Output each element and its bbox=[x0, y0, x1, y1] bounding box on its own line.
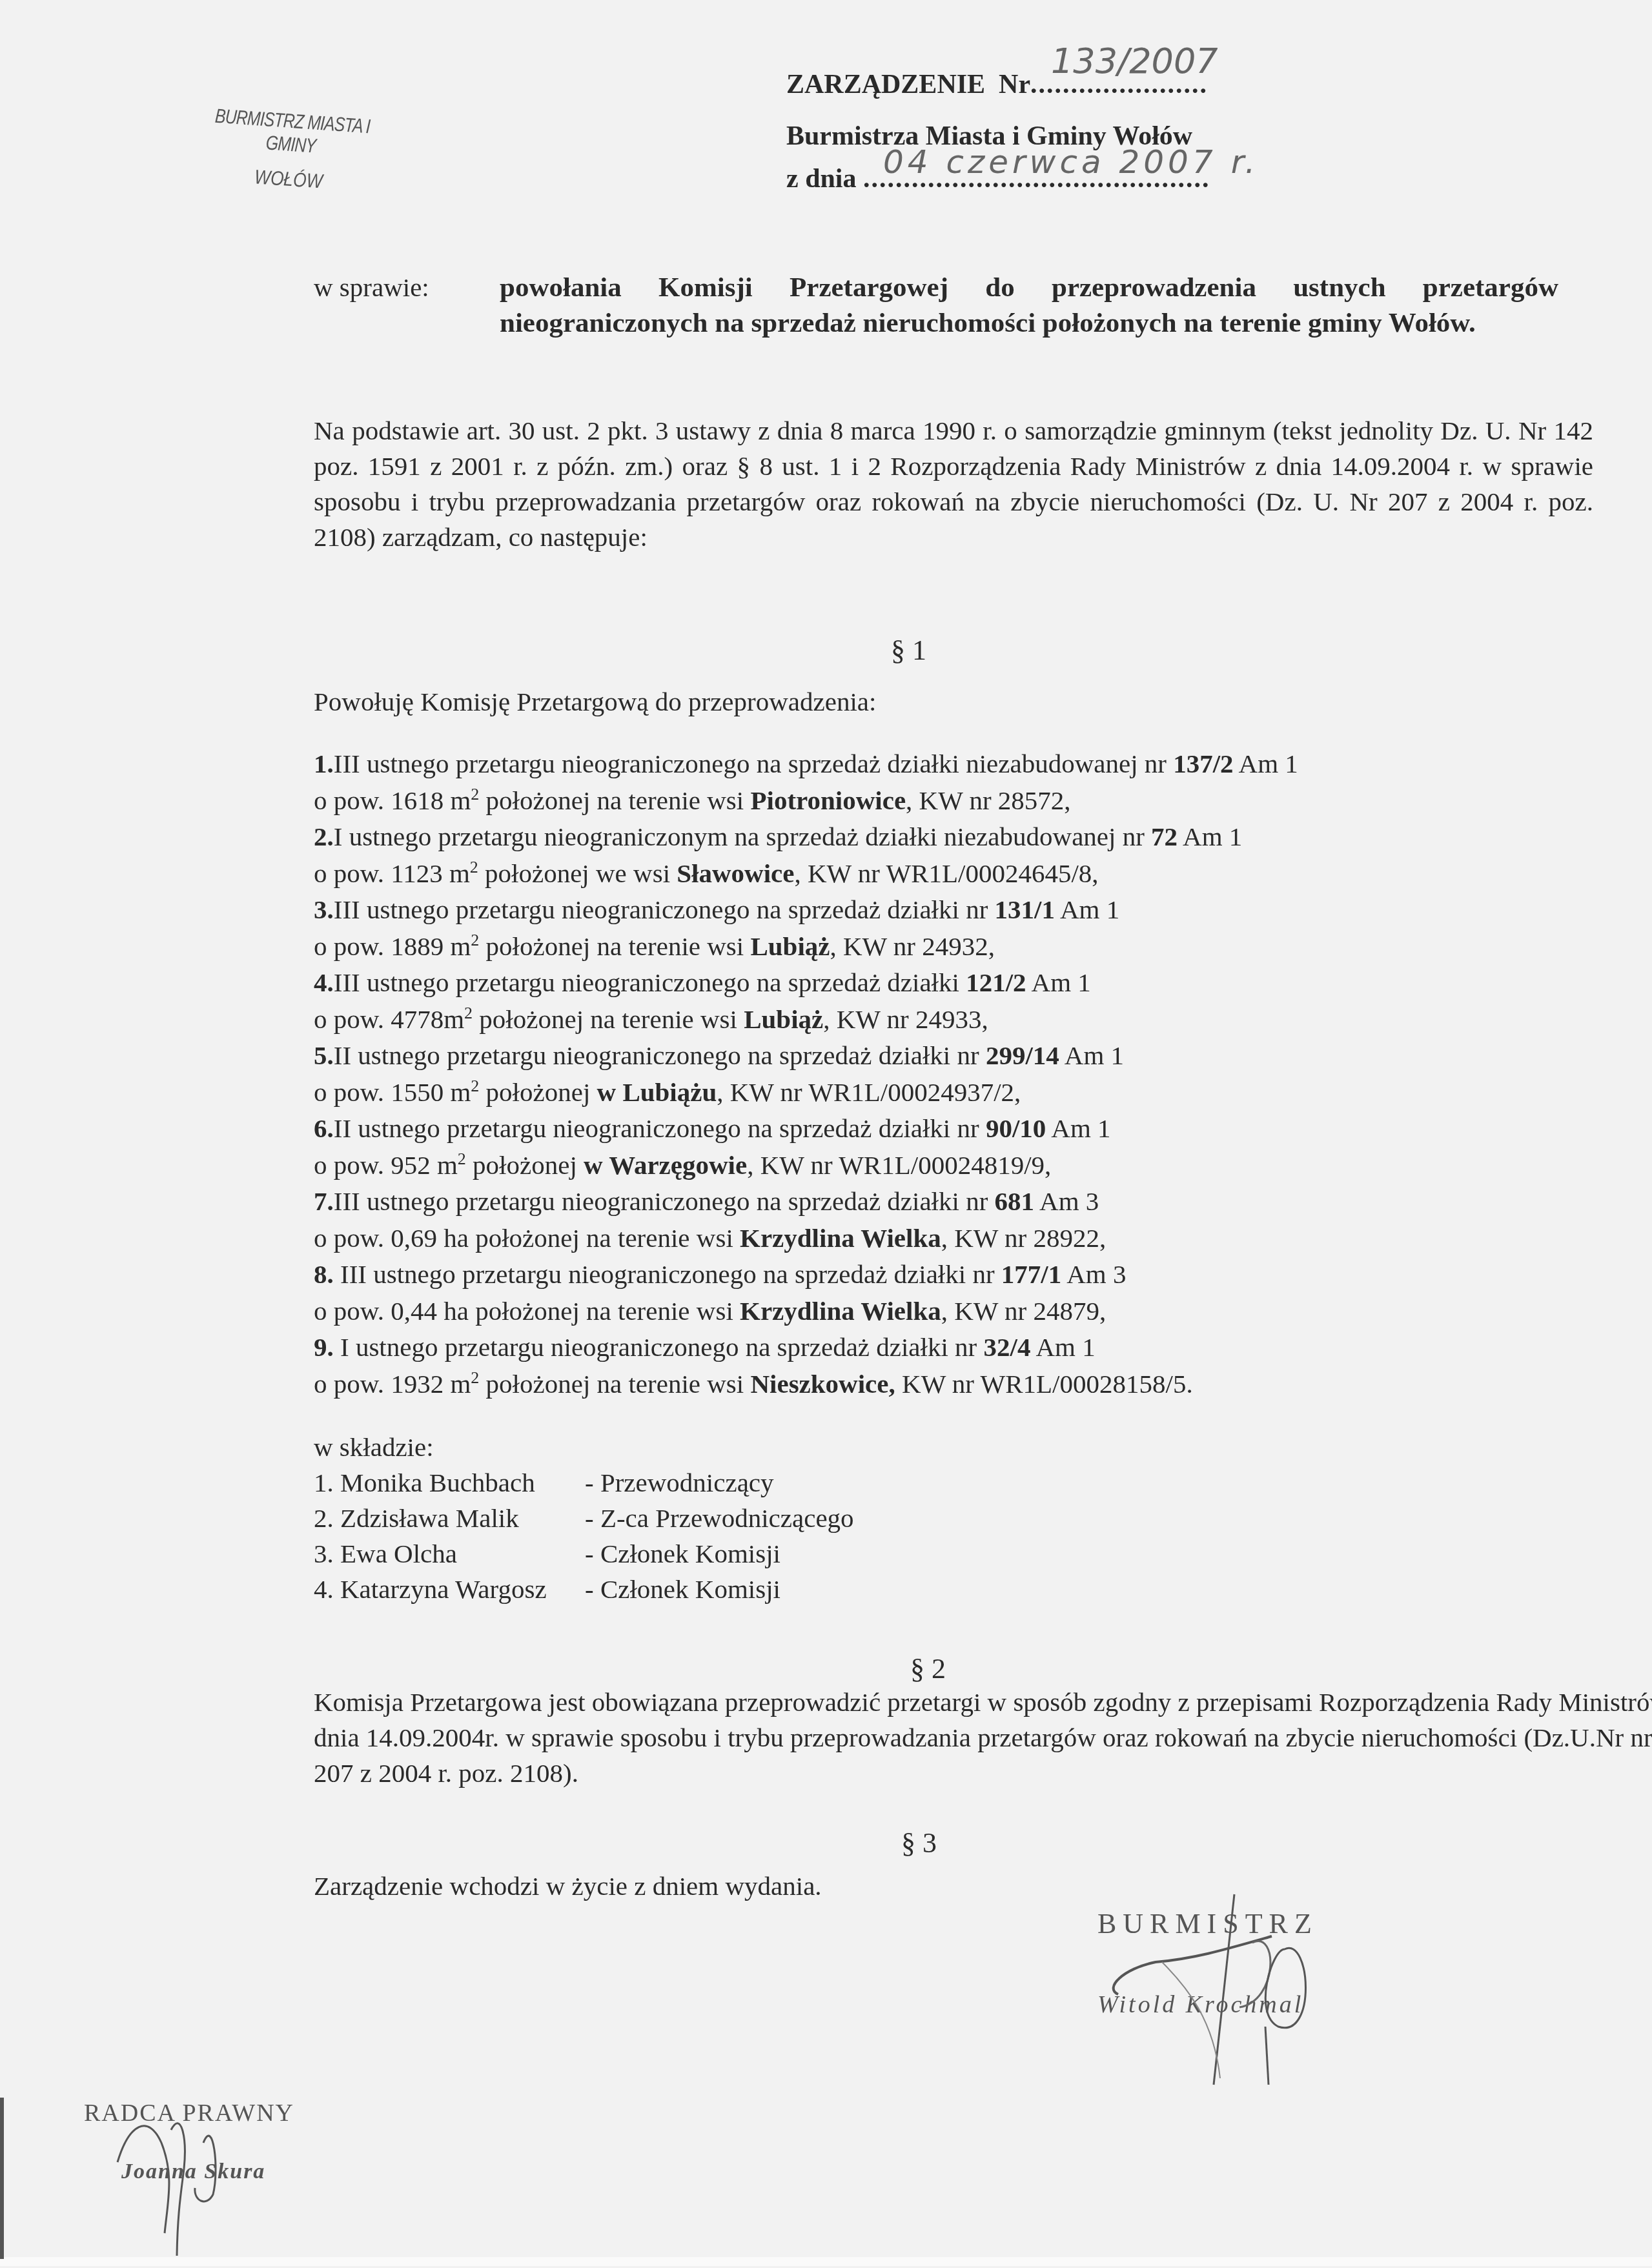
plot-area: o pow. 0,69 ha bbox=[314, 1223, 469, 1253]
section-2-heading: § 2 bbox=[910, 1652, 946, 1685]
land-register-number: , KW nr WR1L/00024819/9, bbox=[747, 1150, 1051, 1180]
village-name: Lubiąż bbox=[744, 1004, 823, 1034]
auction-item-details: o pow. 1123 m2 położonej we wsi Sławowic… bbox=[314, 855, 1298, 892]
auction-item-details: o pow. 952 m2 położonej w Warzęgowie, KW… bbox=[314, 1147, 1298, 1184]
area-unit-exponent: 2 bbox=[464, 1004, 473, 1022]
location-text: położonej na terenie wsi bbox=[479, 1004, 737, 1034]
area-unit-exponent: 2 bbox=[458, 1149, 466, 1168]
auction-item: 1.III ustnego przetargu nieograniczonego… bbox=[314, 745, 1298, 782]
auction-description: ustnego przetargu nieograniczonego na sp… bbox=[367, 895, 988, 924]
section-1-intro: Powołuję Komisję Przetargową do przeprow… bbox=[314, 684, 876, 720]
location-text: położonej na terenie wsi bbox=[475, 1296, 733, 1326]
office-stamp: BURMISTRZ MIASTA I GMINY WOŁÓW bbox=[165, 101, 416, 199]
auction-round: III bbox=[334, 749, 360, 778]
auction-round: III bbox=[334, 1186, 360, 1216]
member-name: 2. Zdzisława Malik bbox=[314, 1501, 585, 1536]
item-number: 1. bbox=[314, 749, 334, 778]
map-sheet: Am 3 bbox=[1066, 1259, 1126, 1289]
section-3-heading: § 3 bbox=[901, 1827, 937, 1859]
location-text: położonej bbox=[473, 1150, 577, 1180]
area-unit-exponent: 2 bbox=[470, 858, 478, 876]
auction-round: III bbox=[334, 1259, 367, 1289]
map-sheet: Am 1 bbox=[1032, 967, 1091, 997]
location-text: położonej na terenie wsi bbox=[475, 1223, 733, 1253]
land-register-number: KW nr WR1L/00028158/5. bbox=[895, 1369, 1193, 1399]
auction-item: 8. III ustnego przetargu nieograniczoneg… bbox=[314, 1256, 1298, 1293]
plot-number: 137/2 bbox=[1173, 749, 1233, 778]
plot-number: 90/10 bbox=[986, 1113, 1046, 1143]
item-number: 2. bbox=[314, 822, 334, 851]
item-number: 5. bbox=[314, 1040, 334, 1070]
map-sheet: Am 1 bbox=[1060, 895, 1119, 924]
member-role: - Przewodniczący bbox=[585, 1465, 774, 1501]
member-role: - Członek Komisji bbox=[585, 1536, 780, 1572]
auction-description: ustnego przetargu nieograniczonego na sp… bbox=[367, 749, 1167, 778]
plot-area: o pow. 1618 m bbox=[314, 785, 471, 815]
plot-number: 121/2 bbox=[966, 967, 1026, 997]
legal-basis: Na podstawie art. 30 ust. 2 pkt. 3 ustaw… bbox=[314, 413, 1593, 555]
land-register-number: , KW nr 24879, bbox=[941, 1296, 1106, 1326]
member-role: - Członek Komisji bbox=[585, 1572, 780, 1607]
auction-description: ustnego przetargu nieograniczonego na sp… bbox=[356, 1332, 977, 1362]
village-name: Lubiąż bbox=[750, 931, 830, 961]
map-sheet: Am 1 bbox=[1035, 1332, 1095, 1362]
plot-area: o pow. 1889 m bbox=[314, 931, 471, 961]
committee-member: 2. Zdzisława Malik- Z-ca Przewodnicząceg… bbox=[314, 1501, 854, 1536]
village-name: Nieszkowice, bbox=[750, 1369, 895, 1399]
auction-item-details: o pow. 1550 m2 położonej w Lubiążu, KW n… bbox=[314, 1074, 1298, 1111]
location-text: położonej bbox=[486, 1077, 591, 1107]
section-2-text: Komisja Przetargowa jest obowiązana prze… bbox=[314, 1685, 1652, 1791]
auction-description: ustnego przetargu nieograniczonego na sp… bbox=[367, 967, 959, 997]
plot-number: 177/1 bbox=[1001, 1259, 1061, 1289]
item-number: 4. bbox=[314, 967, 334, 997]
plot-number: 131/1 bbox=[995, 895, 1055, 924]
item-number: 8. bbox=[314, 1259, 334, 1289]
plot-area: o pow. 1932 m bbox=[314, 1369, 471, 1399]
land-register-number: , KW nr WR1L/00024645/8, bbox=[794, 858, 1098, 888]
auction-round: II bbox=[334, 1040, 351, 1070]
item-number: 6. bbox=[314, 1113, 334, 1143]
mayor-signature bbox=[1085, 1872, 1343, 2091]
member-name: 4. Katarzyna Wargosz bbox=[314, 1572, 585, 1607]
plot-area: o pow. 1550 m bbox=[314, 1077, 471, 1107]
location-text: położonej na terenie wsi bbox=[486, 931, 744, 961]
auction-list: 1.III ustnego przetargu nieograniczonego… bbox=[314, 745, 1298, 1402]
area-unit-exponent: 2 bbox=[471, 1077, 479, 1095]
ordinance-number-row: ZARZĄDZENIE Nr...................... 133… bbox=[786, 71, 1210, 110]
plot-area: o pow. 4778m bbox=[314, 1004, 464, 1034]
committee-members: 1. Monika Buchbach- Przewodniczący2. Zdz… bbox=[314, 1465, 854, 1607]
auction-description: ustnego przetargu nieograniczonego na sp… bbox=[358, 1113, 979, 1143]
land-register-number: , KW nr 28572, bbox=[906, 785, 1070, 815]
auction-round: I bbox=[334, 1332, 349, 1362]
auction-description: ustnego przetargu nieograniczonego na sp… bbox=[367, 1186, 988, 1216]
committee-member: 3. Ewa Olcha- Członek Komisji bbox=[314, 1536, 854, 1572]
auction-description: ustnego przetargu nieograniczonym na spr… bbox=[349, 822, 1145, 851]
land-register-number: , KW nr 24933, bbox=[823, 1004, 988, 1034]
location-text: położonej na terenie wsi bbox=[486, 785, 744, 815]
location-text: położonej we wsi bbox=[485, 858, 670, 888]
land-register-number: , KW nr 28922, bbox=[941, 1223, 1106, 1253]
map-sheet: Am 1 bbox=[1239, 749, 1298, 778]
plot-area: o pow. 952 m bbox=[314, 1150, 458, 1180]
village-name: Krzydlina Wielka bbox=[740, 1223, 941, 1253]
ordinance-title: ZARZĄDZENIE Nr bbox=[786, 70, 1030, 99]
auction-item: 7.III ustnego przetargu nieograniczonego… bbox=[314, 1183, 1298, 1220]
map-sheet: Am 1 bbox=[1183, 822, 1242, 851]
scan-edge bbox=[0, 2098, 4, 2259]
auction-item: 9. I ustnego przetargu nieograniczonego … bbox=[314, 1329, 1298, 1366]
auction-item-details: o pow. 4778m2 położonej na terenie wsi L… bbox=[314, 1001, 1298, 1038]
plot-number: 681 bbox=[995, 1186, 1035, 1216]
area-unit-exponent: 2 bbox=[471, 785, 479, 804]
auction-description: ustnego przetargu nieograniczonego na sp… bbox=[373, 1259, 994, 1289]
item-number: 9. bbox=[314, 1332, 334, 1362]
auction-round: III bbox=[334, 895, 360, 924]
land-register-number: , KW nr 24932, bbox=[830, 931, 995, 961]
map-sheet: Am 3 bbox=[1039, 1186, 1099, 1216]
auction-item-details: o pow. 1932 m2 położonej na terenie wsi … bbox=[314, 1366, 1298, 1402]
plot-area: o pow. 0,44 ha bbox=[314, 1296, 469, 1326]
subject-text: powołania Komisji Przetargowej do przepr… bbox=[500, 270, 1558, 341]
member-name: 3. Ewa Olcha bbox=[314, 1536, 585, 1572]
plot-number: 299/14 bbox=[986, 1040, 1059, 1070]
plot-number: 72 bbox=[1151, 822, 1178, 851]
village-name: Piotroniowice bbox=[750, 785, 906, 815]
auction-item: 5.II ustnego przetargu nieograniczonego … bbox=[314, 1037, 1298, 1074]
section-1-heading: § 1 bbox=[891, 634, 926, 667]
committee-member: 4. Katarzyna Wargosz- Członek Komisji bbox=[314, 1572, 854, 1607]
auction-item-details: o pow. 0,44 ha położonej na terenie wsi … bbox=[314, 1293, 1298, 1330]
section-3-text: Zarządzenie wchodzi w życie z dniem wyda… bbox=[314, 1868, 822, 1904]
auction-item-details: o pow. 1618 m2 położonej na terenie wsi … bbox=[314, 782, 1298, 819]
member-name: 1. Monika Buchbach bbox=[314, 1465, 585, 1501]
auction-round: III bbox=[334, 967, 360, 997]
village-name: w Warzęgowie bbox=[584, 1150, 747, 1180]
location-text: położonej na terenie wsi bbox=[486, 1369, 744, 1399]
document-header: ZARZĄDZENIE Nr...................... 133… bbox=[786, 71, 1210, 204]
village-name: Sławowice bbox=[677, 858, 794, 888]
auction-description: ustnego przetargu nieograniczonego na sp… bbox=[358, 1040, 979, 1070]
counsel-signature bbox=[110, 2117, 239, 2265]
subject-label: w sprawie: bbox=[314, 270, 429, 305]
handwritten-date: 04 czerwca 2007 r. bbox=[883, 146, 1259, 178]
auction-item: 4.III ustnego przetargu nieograniczonego… bbox=[314, 964, 1298, 1001]
members-label: w składzie: bbox=[314, 1430, 434, 1465]
auction-item-details: o pow. 0,69 ha położonej na terenie wsi … bbox=[314, 1220, 1298, 1257]
date-row: z dnia .................................… bbox=[786, 165, 1210, 204]
item-number: 7. bbox=[314, 1186, 334, 1216]
item-number: 3. bbox=[314, 895, 334, 924]
map-sheet: Am 1 bbox=[1065, 1040, 1124, 1070]
plot-area: o pow. 1123 m bbox=[314, 858, 470, 888]
auction-item: 2.I ustnego przetargu nieograniczonym na… bbox=[314, 818, 1298, 855]
date-label: z dnia bbox=[786, 164, 857, 194]
map-sheet: Am 1 bbox=[1051, 1113, 1110, 1143]
auction-item-details: o pow. 1889 m2 położonej na terenie wsi … bbox=[314, 928, 1298, 965]
auction-item: 3.III ustnego przetargu nieograniczonego… bbox=[314, 891, 1298, 928]
handwritten-number: 133/2007 bbox=[1051, 44, 1218, 79]
auction-round: I bbox=[334, 822, 343, 851]
area-unit-exponent: 2 bbox=[471, 1368, 479, 1387]
plot-number: 32/4 bbox=[984, 1332, 1031, 1362]
auction-item: 6.II ustnego przetargu nieograniczonego … bbox=[314, 1110, 1298, 1147]
member-role: - Z-ca Przewodniczącego bbox=[585, 1501, 854, 1536]
village-name: Krzydlina Wielka bbox=[740, 1296, 941, 1326]
auction-round: II bbox=[334, 1113, 351, 1143]
area-unit-exponent: 2 bbox=[471, 931, 479, 949]
village-name: w Lubiążu bbox=[597, 1077, 717, 1107]
land-register-number: , KW nr WR1L/00024937/2, bbox=[717, 1077, 1021, 1107]
committee-member: 1. Monika Buchbach- Przewodniczący bbox=[314, 1465, 854, 1501]
